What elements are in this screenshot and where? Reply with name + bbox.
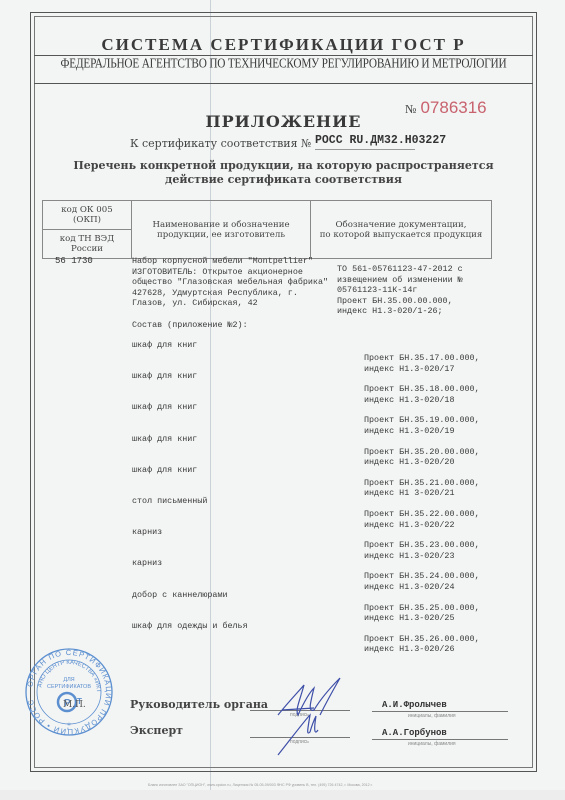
item-documentation: Проект БН.35.25.00.000, индекс Н1.3-020/…: [364, 603, 480, 624]
item-name: карниз: [132, 527, 162, 538]
item-name: шкаф для книг: [132, 402, 197, 413]
item-documentation: Проект БН.35.23.00.000, индекс Н1.3-020/…: [364, 540, 480, 561]
list-heading: Перечень конкретной продукции, на котору…: [34, 159, 533, 187]
expert-name-line: [372, 739, 508, 740]
item-name: шкаф для книг: [132, 340, 197, 351]
item-documentation: Проект БН.35.19.00.000, индекс Н1.3-020/…: [364, 415, 480, 436]
okp-code-header: код ОК 005 (ОКП): [43, 201, 132, 230]
item-name: добор с каннелюрами: [132, 590, 228, 601]
item-name: шкаф для одежды и белья: [132, 621, 248, 632]
head-name-line: [372, 711, 508, 712]
svg-text:СЕРТИФИКАТОВ: СЕРТИФИКАТОВ: [47, 684, 91, 690]
item-documentation: Проект БН.35.22.00.000, индекс Н1.3-020/…: [364, 509, 480, 530]
cert-label-text: К сертификату соответствия №: [130, 137, 311, 150]
handwritten-signature-icon: [270, 670, 360, 760]
product-col-line1: Наименование и обозначение: [135, 220, 307, 230]
item-documentation: Проект БН.35.24.00.000, индекс Н1.3-020/…: [364, 571, 480, 592]
seal-stamp-icon: ОРГАН ПО СЕРТИФИКАЦИИ ПРОДУКЦИИ • РОСС R…: [25, 648, 113, 736]
svg-text:*: *: [67, 722, 71, 730]
doc-column-header: Обозначение документации, по которой вып…: [311, 201, 492, 259]
system-title: СИСТЕМА СЕРТИФИКАЦИИ ГОСТ Р: [34, 35, 533, 55]
item-documentation: Проект БН.35.18.00.000, индекс Н1.3-020/…: [364, 384, 480, 405]
tnved-code-header: код ТН ВЭД России: [43, 230, 132, 259]
agency-title: ФЕДЕРАЛЬНОЕ АГЕНТСТВО ПО ТЕХНИЧЕСКОМУ РЕ…: [34, 57, 533, 71]
cert-number: РОСС RU.ДМ32.Н03227: [315, 134, 446, 147]
expert-name-caption: инициалы, фамилия: [408, 741, 456, 747]
product-col-line2: продукции, ее изготовитель: [135, 230, 307, 240]
head-name: А.И.Фролычев: [382, 700, 447, 710]
product-column-header: Наименование и обозначение продукции, ее…: [132, 201, 311, 259]
footer-print-note: Бланк изготовлен ЗАО "ОПЦИОН", www.opcio…: [148, 783, 448, 787]
svg-text:ДЛЯ: ДЛЯ: [63, 677, 74, 683]
annex-title: ПРИЛОЖЕНИЕ: [34, 112, 533, 131]
expert-name: А.А.Горбунов: [382, 728, 447, 738]
item-documentation: Проект БН.35.21.00.000, индекс Н1 3-020/…: [364, 478, 480, 499]
item-documentation: Проект БН.35.17.00.000, индекс Н1.3-020/…: [364, 353, 480, 374]
item-name: карниз: [132, 558, 162, 569]
doc-col-line1: Обозначение документации,: [314, 220, 488, 230]
products-table-header: код ОК 005 (ОКП) Наименование и обозначе…: [42, 200, 492, 259]
list-heading-line1: Перечень конкретной продукции, на котору…: [34, 159, 533, 173]
item-name: шкаф для книг: [132, 434, 197, 445]
composition-label: Состав (приложение №2):: [132, 320, 248, 331]
list-heading-line2: действие сертификата соответствия: [34, 173, 533, 187]
item-name: шкаф для книг: [132, 465, 197, 476]
doc-col-line2: по которой выпускается продукция: [314, 230, 488, 240]
seal-placeholder-mp: М.П.: [63, 700, 86, 710]
head-name-caption: инициалы, фамилия: [408, 713, 456, 719]
header-rule-bottom: [34, 83, 533, 84]
item-name: стол письменный: [132, 496, 207, 507]
doc-description: ТО 561-05761123-47-2012 с извещением об …: [337, 264, 463, 317]
product-description: Набор корпусной мебели "Montpellier" ИЗГ…: [132, 256, 328, 309]
item-name: шкаф для книг: [132, 371, 197, 382]
item-documentation: Проект БН.35.20.00.000, индекс Н1.3-020/…: [364, 447, 480, 468]
head-of-body-label: Руководитель органа: [130, 698, 268, 711]
expert-label: Эксперт: [130, 724, 183, 737]
okp-code-value: 56 1730: [55, 256, 93, 266]
item-documentation: Проект БН.35.26.00.000, индекс Н1.3-020/…: [364, 634, 480, 655]
